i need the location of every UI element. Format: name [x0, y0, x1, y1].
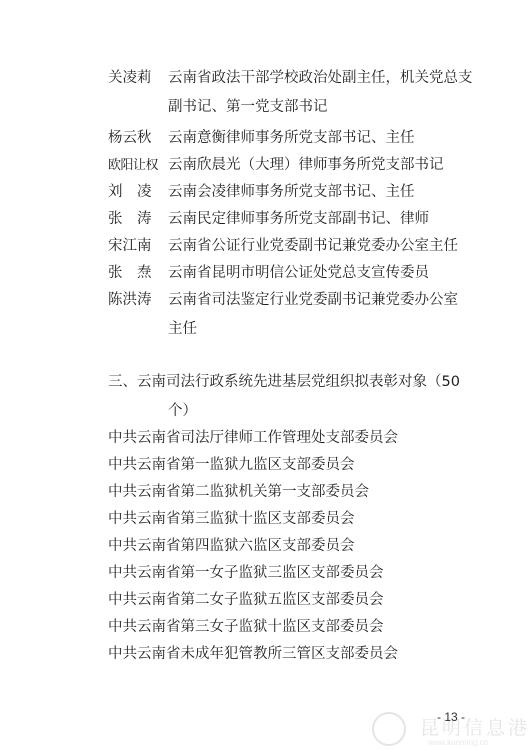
document-page: 关凌莉 云南省政法干部学校政治处副主任，机关党总支 副书记、第一党支部书记 杨云…: [0, 0, 530, 750]
organization-item: 中共云南省第一女子监狱三监区支部委员会: [108, 559, 384, 588]
watermark-logo-icon: [372, 712, 406, 746]
person-entry: 欧阳让权 云南欣晨光（大理）律师事务所党支部书记: [108, 151, 508, 180]
person-name: 杨云秋: [108, 124, 168, 153]
organization-item: 中共云南省第四监狱六监区支部委员会: [108, 532, 355, 561]
organization-item: 中共云南省第二女子监狱五监区支部委员会: [108, 586, 384, 615]
organization-item: 中共云南省第一监狱九监区支部委员会: [108, 451, 355, 480]
section-heading-line: 三、云南司法行政系统先进基层党组织拟表彰对象（50: [108, 368, 448, 397]
organization-item: 中共云南省未成年犯管教所三管区支部委员会: [108, 640, 398, 669]
person-entry: 关凌莉 云南省政法干部学校政治处副主任，机关党总支 副书记、第一党支部书记: [108, 64, 508, 122]
organization-item: 中共云南省第二监狱机关第一支部委员会: [108, 478, 369, 507]
person-entry: 张 涛 云南民定律师事务所党支部副书记、律师: [108, 205, 508, 234]
section-heading-line: 个）: [108, 397, 448, 426]
person-role: 云南省司法鉴定行业党委副书记兼党委办公室 主任: [168, 286, 508, 344]
person-name: 张 焘: [108, 259, 168, 288]
watermark-url: www.kunming.cn: [428, 738, 488, 747]
organization-item: 中共云南省司法厅律师工作管理处支部委员会: [108, 424, 398, 453]
person-role: 云南欣晨光（大理）律师事务所党支部书记: [168, 151, 508, 180]
person-entry: 张 焘 云南省昆明市明信公证处党总支宣传委员: [108, 259, 508, 288]
person-name: 刘 凌: [108, 178, 168, 207]
person-entry: 刘 凌 云南会凌律师事务所党支部书记、主任: [108, 178, 508, 207]
person-role: 云南会凌律师事务所党支部书记、主任: [168, 178, 508, 207]
organization-item: 中共云南省第三监狱十监区支部委员会: [108, 505, 355, 534]
person-name: 关凌莉: [108, 64, 168, 122]
person-entry: 杨云秋 云南意衡律师事务所党支部书记、主任: [108, 124, 508, 153]
person-name: 欧阳让权: [108, 151, 168, 180]
role-line: 副书记、第一党支部书记: [168, 93, 508, 122]
person-role: 云南省政法干部学校政治处副主任，机关党总支 副书记、第一党支部书记: [168, 64, 508, 122]
person-name: 陈洪涛: [108, 286, 168, 344]
person-name: 张 涛: [108, 205, 168, 234]
role-line: 主任: [168, 315, 508, 344]
role-line: 云南省政法干部学校政治处副主任，机关党总支: [168, 64, 508, 93]
section-heading: 三、云南司法行政系统先进基层党组织拟表彰对象（50 个）: [108, 368, 448, 426]
person-role: 云南民定律师事务所党支部副书记、律师: [168, 205, 508, 234]
person-entry: 陈洪涛 云南省司法鉴定行业党委副书记兼党委办公室 主任: [108, 286, 508, 344]
person-role: 云南意衡律师事务所党支部书记、主任: [168, 124, 508, 153]
role-line: 云南省司法鉴定行业党委副书记兼党委办公室: [168, 286, 508, 315]
person-name: 宋江南: [108, 232, 168, 261]
person-role: 云南省昆明市明信公证处党总支宣传委员: [168, 259, 508, 288]
page-number: - 13 -: [437, 710, 465, 724]
organization-item: 中共云南省第三女子监狱十监区支部委员会: [108, 613, 384, 642]
person-entry: 宋江南 云南省公证行业党委副书记兼党委办公室主任: [108, 232, 508, 261]
person-role: 云南省公证行业党委副书记兼党委办公室主任: [168, 232, 508, 261]
